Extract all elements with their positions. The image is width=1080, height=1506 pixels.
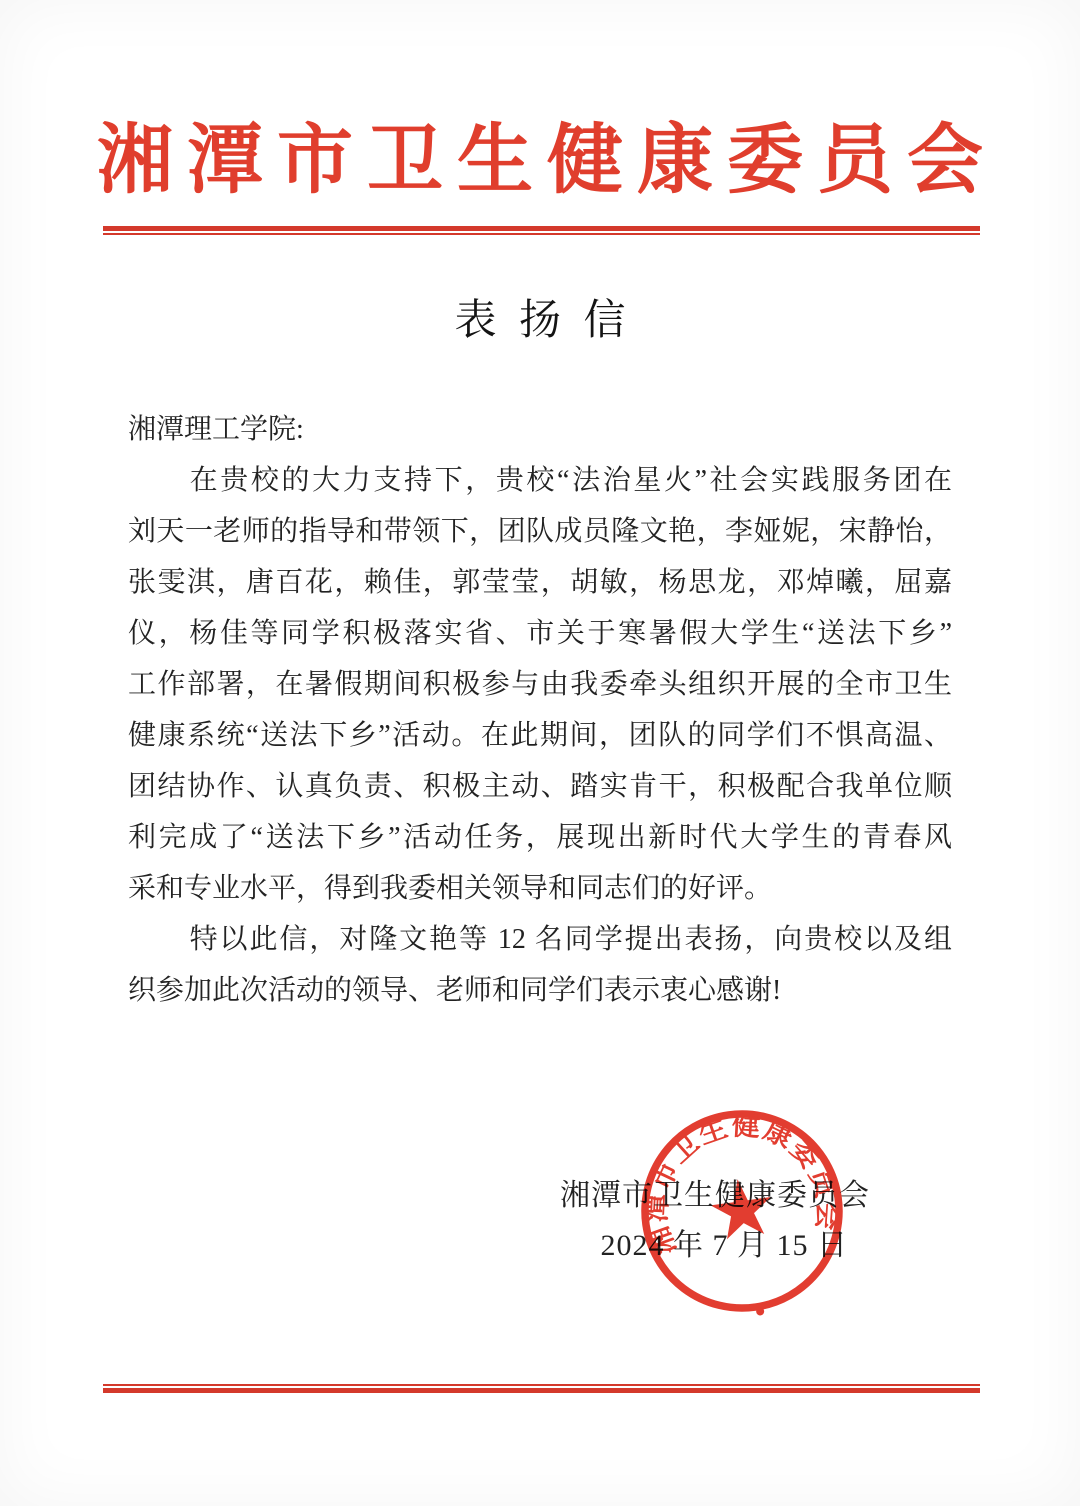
- svg-text:湘潭市卫生健康委员会: 湘潭市卫生健康委员会: [627, 1096, 848, 1261]
- rule-thick-bar: [103, 226, 980, 231]
- letterhead-double-rule: [103, 226, 980, 235]
- body-line: 健康系统“送法下乡”活动。在此期间，团队的同学们不惧高温、: [128, 710, 952, 761]
- letterhead-org-name: 湘潭市卫生健康委员会: [0, 118, 1080, 205]
- seal-star-icon: [707, 1175, 775, 1241]
- body-line: 利完成了“送法下乡”活动任务，展现出新时代大学生的青春风: [128, 812, 952, 863]
- footer-double-rule: [103, 1384, 980, 1393]
- body-line: 织参加此次活动的领导、老师和同学们表示衷心感谢!: [128, 965, 952, 1016]
- body-line: 在贵校的大力支持下，贵校“法治星火”社会实践服务团在: [128, 455, 952, 506]
- official-seal: 湘潭市卫生健康委员会: [616, 1084, 867, 1339]
- body-line: 采和专业水平，得到我委相关领导和同志们的好评。: [128, 863, 952, 914]
- body-line: 刘天一老师的指导和带领下，团队成员隆文艳，李娅妮，宋静怡，: [128, 506, 952, 557]
- rule-thick-bar: [103, 1388, 980, 1393]
- letter-title: 表 扬 信: [0, 295, 1080, 348]
- body-line: 工作部署，在暑假期间积极参与由我委牵头组织开展的全市卫生: [128, 659, 952, 710]
- scanned-letter-page: 湘潭市卫生健康委员会 表 扬 信 湘潭理工学院: 在贵校的大力支持下，贵校“法治…: [0, 0, 1080, 1506]
- letter-body: 湘潭理工学院: 在贵校的大力支持下，贵校“法治星火”社会实践服务团在 刘天一老师…: [128, 404, 952, 1016]
- body-line: 仪，杨佳等同学积极落实省、市关于寒暑假大学生“送法下乡”: [128, 608, 952, 659]
- rule-thin-bar: [103, 233, 980, 235]
- seal-ring-text: 湘潭市卫生健康委员会: [627, 1096, 848, 1261]
- rule-thin-bar: [103, 1384, 980, 1386]
- salutation: 湘潭理工学院:: [128, 404, 952, 455]
- body-line: 张雯淇，唐百花，赖佳，郭莹莹，胡敏，杨思龙，邓焯曦，屈嘉: [128, 557, 952, 608]
- body-line: 特以此信，对隆文艳等 12 名同学提出表扬，向贵校以及组: [128, 914, 952, 965]
- body-line: 团结协作、认真负责、积极主动、踏实肯干，积极配合我单位顺: [128, 761, 952, 812]
